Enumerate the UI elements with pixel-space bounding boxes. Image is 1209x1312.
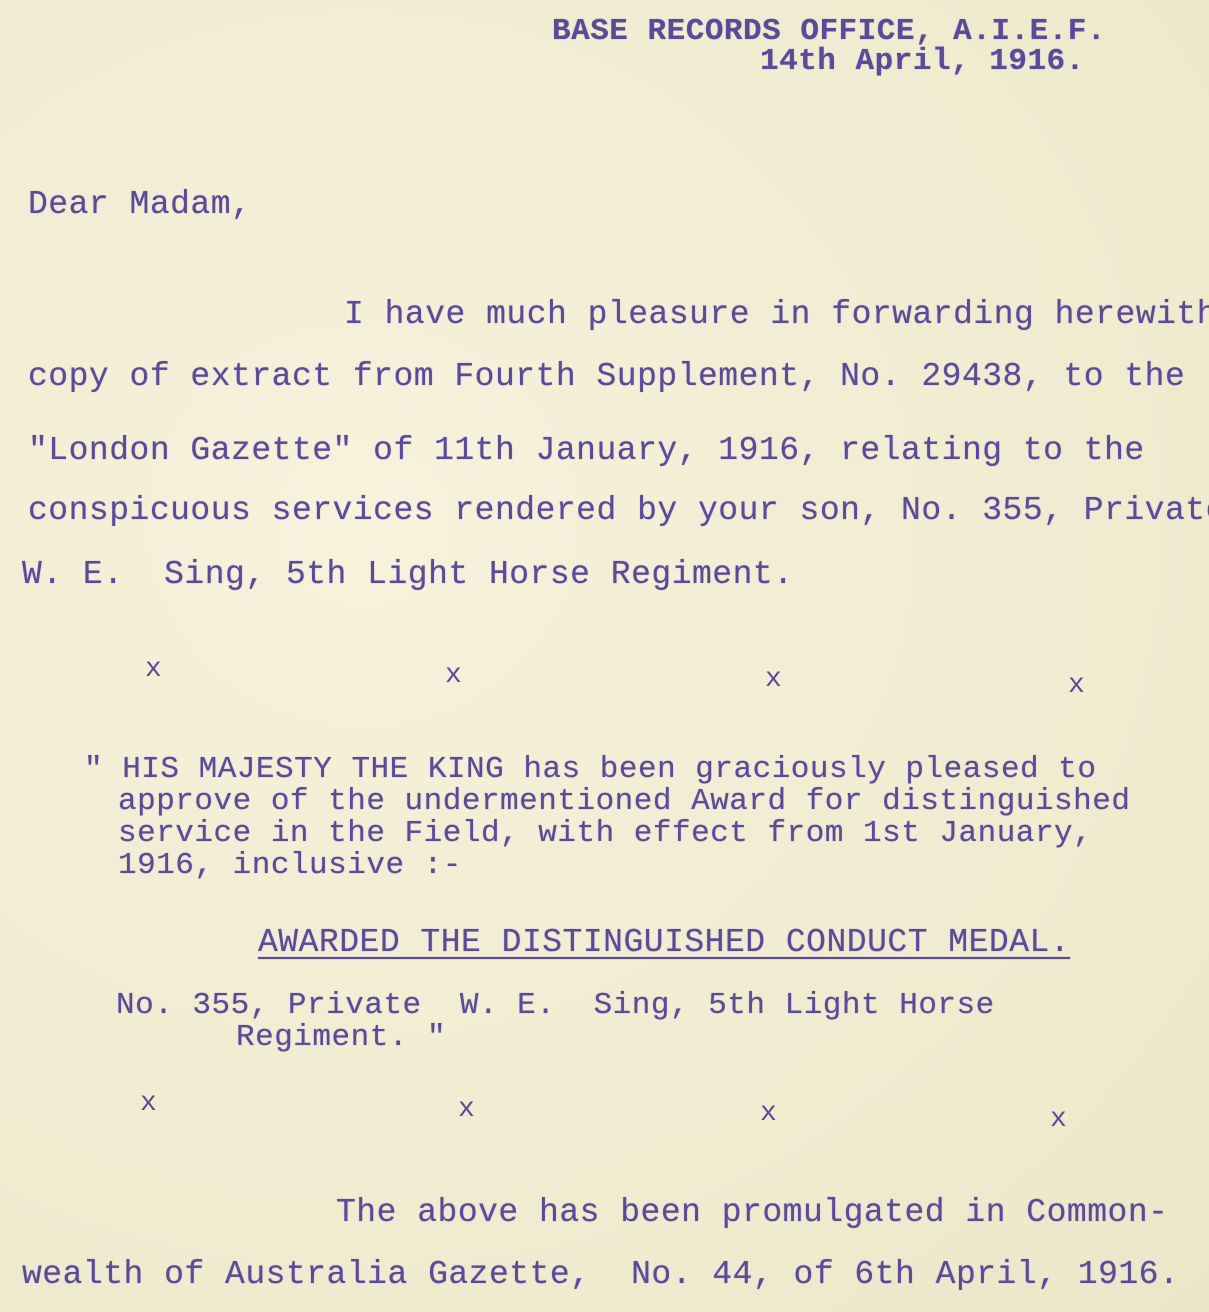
recipient-line: No. 355, Private W. E. Sing, 5th Light H… [116,990,995,1022]
separator-mark: x [445,660,462,691]
body-line: copy of extract from Fourth Supplement, … [28,358,1185,395]
recipient-line: Regiment. " [236,1022,446,1054]
separator-mark: x [760,1098,777,1129]
extract-line: 1916, inclusive :- [118,850,462,882]
extract-line: " HIS MAJESTY THE KING has been gracious… [84,754,1096,786]
separator-mark: x [145,654,162,685]
extract-line: service in the Field, with effect from 1… [118,818,1092,850]
body-line: conspicuous services rendered by your so… [28,492,1209,529]
separator-mark: x [140,1088,157,1119]
closing-line: wealth of Australia Gazette, No. 44, of … [22,1256,1179,1293]
body-line: I have much pleasure in forwarding herew… [344,296,1209,333]
separator-mark: x [1050,1104,1067,1135]
body-line: "London Gazette" of 11th January, 1916, … [28,432,1145,469]
body-line: W. E. Sing, 5th Light Horse Regiment. [22,556,794,593]
award-heading: AWARDED THE DISTINGUISHED CONDUCT MEDAL. [258,924,1070,961]
salutation: Dear Madam, [28,186,251,223]
separator-mark: x [765,664,782,695]
separator-mark: x [1068,670,1085,701]
extract-line: approve of the undermentioned Award for … [118,786,1130,818]
separator-mark: x [458,1094,475,1125]
letter-date: 14th April, 1916. [760,44,1085,79]
closing-line: The above has been promulgated in Common… [336,1194,1168,1231]
